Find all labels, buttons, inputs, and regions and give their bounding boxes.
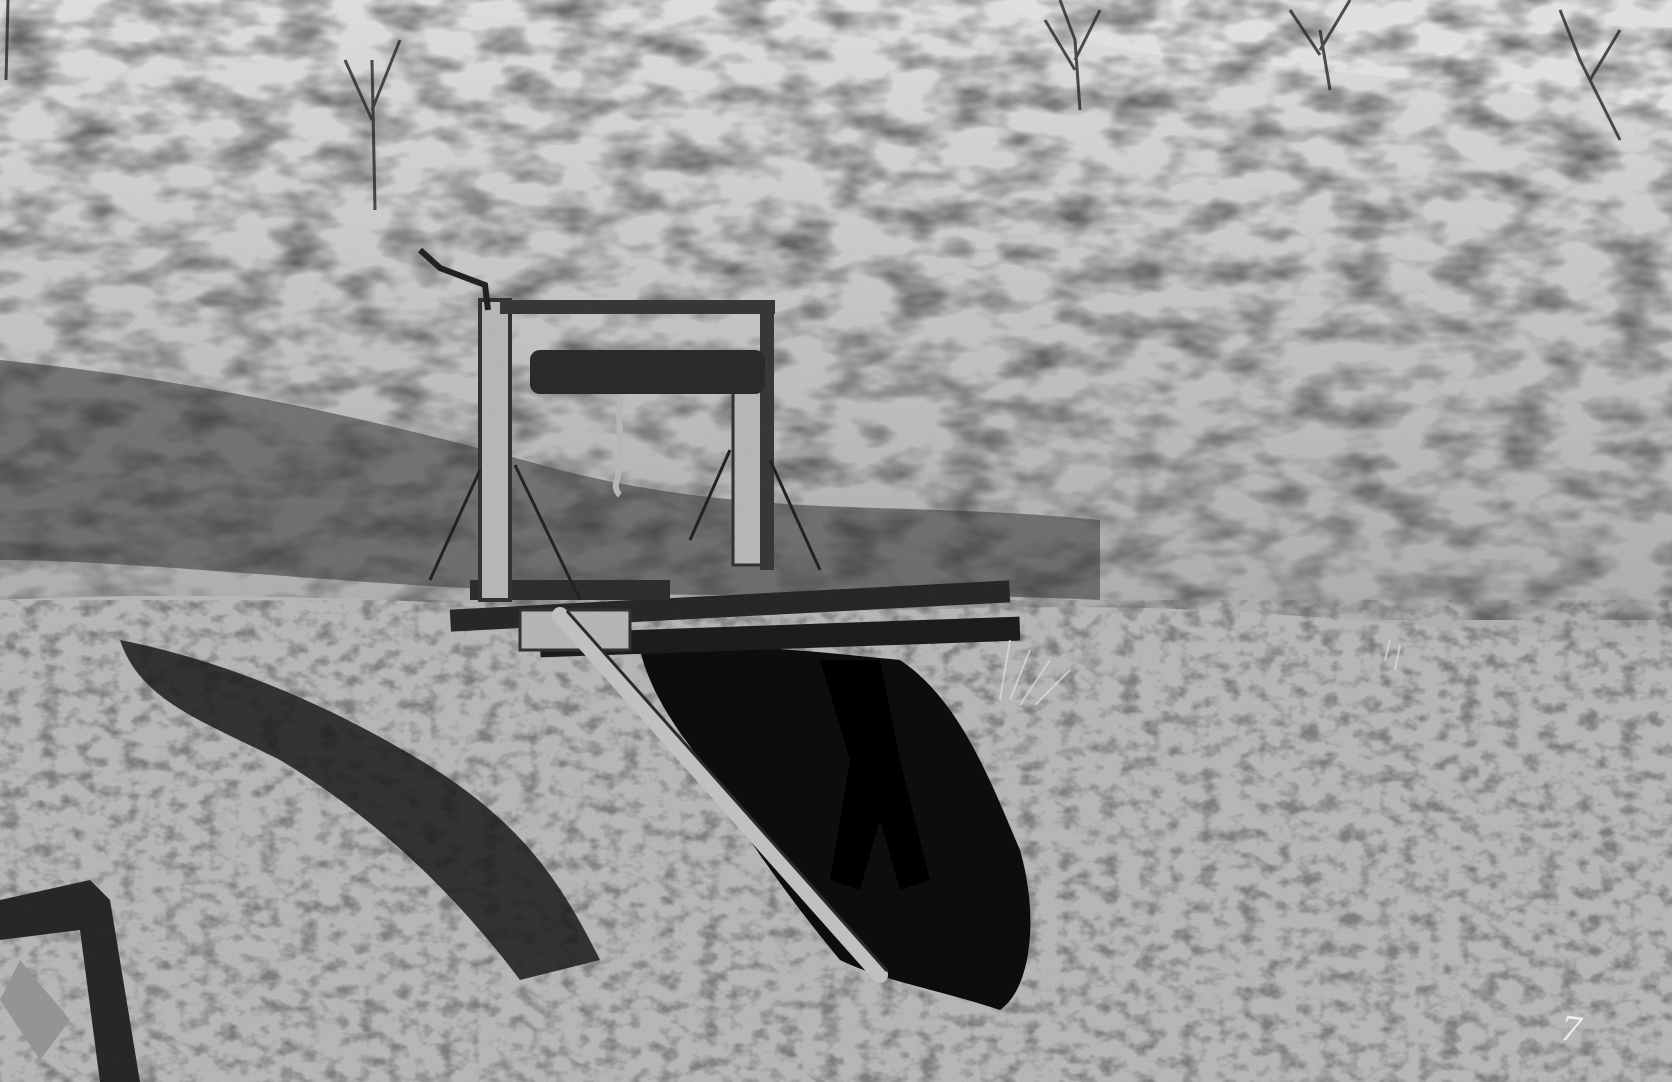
windlass-left-post [480,300,510,600]
windlass-right-post [733,385,763,565]
windlass-drum [530,350,765,394]
windlass-top-beam [500,300,775,314]
photograph [0,0,1672,1082]
windlass-frame-right [760,305,774,570]
